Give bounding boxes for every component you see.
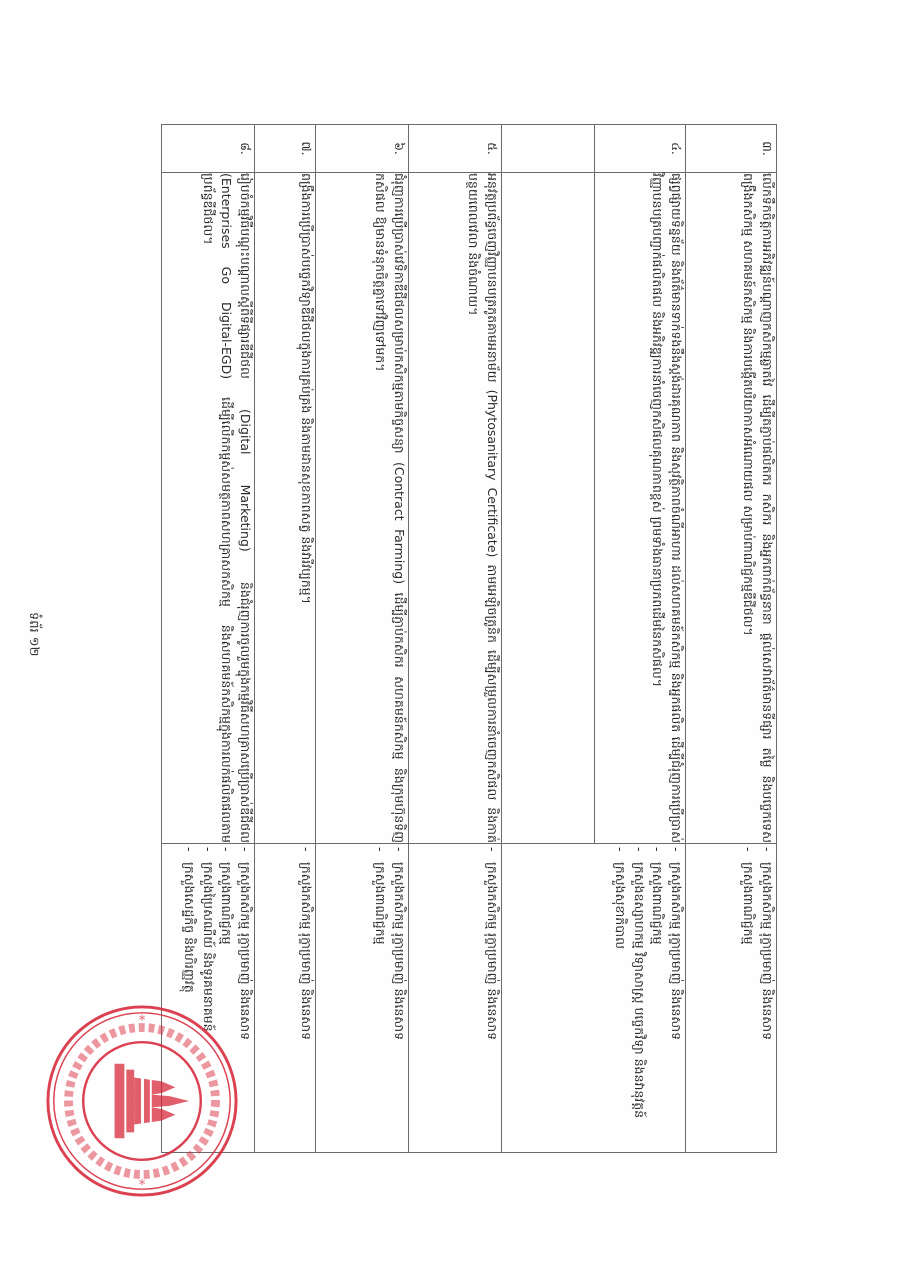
- responsible-ministry: ក្រសួងសេដ្ឋកិច្ច និងហិរញ្ញវត្ថុ: [180, 844, 199, 1152]
- row-number: ៥.: [409, 125, 502, 173]
- table-row: ៤. ផ្សព្វផ្សាយទិន្នន័យ និងព័ត៌មានទាក់ទងន…: [595, 125, 686, 1153]
- row-responsible: ក្រសួងកសិកម្ម រុក្ខាប្រមាញ់ និងនេសាទក្រស…: [502, 844, 686, 1153]
- responsible-ministry: ក្រសួងកសិកម្ម រុក្ខាប្រមាញ់ និងនេសាទ: [758, 844, 777, 1152]
- responsible-ministry: ក្រសួងពាណិជ្ជកម្ម: [371, 844, 390, 1152]
- document-page: ៣. លើកទឹកចិត្តការអភិវឌ្ឍន៍បណ្តាញកសិកម្មឆ…: [0, 0, 904, 1280]
- responsible-ministry: ក្រសួងពាណិជ្ជកម្ម: [648, 844, 667, 1152]
- row-description: អនុវត្តប្រព័ន្ធចេញវិញ្ញាបនបត្រភូតគាមអនាម…: [409, 173, 502, 844]
- responsible-ministry: ក្រសួងប្រៃសណីយ៍ និងទូរគមនាគមន៍: [199, 844, 218, 1152]
- responsible-ministry: ក្រសួងសុខាភិបាល: [611, 844, 630, 1152]
- responsible-list: ក្រសួងកសិកម្ម រុក្ខាប្រមាញ់ និងនេសាទ: [483, 844, 502, 1152]
- svg-text:*: *: [139, 1013, 146, 1029]
- row-number: ៤.: [595, 125, 686, 173]
- row-description: លើកទឹកចិត្តការអភិវឌ្ឍន៍បណ្តាញកសិកម្មឆ្លា…: [686, 173, 777, 844]
- responsible-list: ក្រសួងកសិកម្ម រុក្ខាប្រមាញ់ និងនេសាទក្រស…: [180, 844, 254, 1152]
- responsible-ministry: ក្រសួងពាណិជ្ជកម្ម: [739, 844, 758, 1152]
- table-row: ៣. លើកទឹកចិត្តការអភិវឌ្ឍន៍បណ្តាញកសិកម្មឆ…: [686, 125, 777, 1153]
- table-row: ៦. ជំរុញការប្រើប្រាស់វេទិកាឌីជីថលសម្រាប់…: [316, 125, 409, 1153]
- row-description: [502, 173, 595, 844]
- action-plan-table: ៣. លើកទឹកចិត្តការអភិវឌ្ឍន៍បណ្តាញកសិកម្មឆ…: [161, 124, 777, 1153]
- responsible-list: ក្រសួងកសិកម្ម រុក្ខាប្រមាញ់ និងនេសាទក្រស…: [739, 844, 776, 1152]
- row-description: រៀបចំកម្មវិធីបណ្តុះបណ្តាលស្តីពីទីផ្សារឌី…: [162, 173, 255, 844]
- page-number: ទំព័រ ១២: [22, 612, 42, 682]
- row-number: ៧.: [255, 125, 316, 173]
- row-description: ផ្សព្វផ្សាយទិន្នន័យ និងព័ត៌មានទាក់ទងនឹងស…: [595, 173, 686, 844]
- responsible-ministry: ក្រសួងកសិកម្ម រុក្ខាប្រមាញ់ និងនេសាទ: [667, 844, 686, 1152]
- responsible-ministry: ក្រសួងកសិកម្ម រុក្ខាប្រមាញ់ និងនេសាទ: [236, 844, 255, 1152]
- responsible-list: ក្រសួងកសិកម្ម រុក្ខាប្រមាញ់ និងនេសាទ: [297, 844, 316, 1152]
- responsible-ministry: ក្រសួងកសិកម្ម រុក្ខាប្រមាញ់ និងនេសាទ: [390, 844, 409, 1152]
- responsible-ministry: ក្រសួងឧស្សាហកម្ម វិទ្យាសាស្ត្រ បច្ចេកវិទ…: [630, 844, 649, 1152]
- responsible-list: ក្រសួងកសិកម្ម រុក្ខាប្រមាញ់ និងនេសាទក្រស…: [371, 844, 408, 1152]
- svg-text:*: *: [139, 1177, 146, 1193]
- responsible-ministry: ក្រសួងកសិកម្ម រុក្ខាប្រមាញ់ និងនេសាទ: [483, 844, 502, 1152]
- row-responsible: ក្រសួងកសិកម្ម រុក្ខាប្រមាញ់ និងនេសាទក្រស…: [686, 844, 777, 1153]
- row-responsible: ក្រសួងកសិកម្ម រុក្ខាប្រមាញ់ និងនេសាទ: [409, 844, 502, 1153]
- row-responsible: ក្រសួងកសិកម្ម រុក្ខាប្រមាញ់ និងនេសាទក្រស…: [316, 844, 409, 1153]
- row-number: ៦.: [316, 125, 409, 173]
- table-row: ៧. ពង្រឹងការប្រើប្រាស់បច្ចេកវិទ្យាឌីជីថល…: [255, 125, 316, 1153]
- row-number: ៣.: [686, 125, 777, 173]
- table-row: ៥. អនុវត្តប្រព័ន្ធចេញវិញ្ញាបនបត្រភូតគាមអ…: [409, 125, 502, 1153]
- action-plan-table-rotated: ៣. លើកទឹកចិត្តការអភិវឌ្ឍន៍បណ្តាញកសិកម្មឆ…: [162, 124, 777, 1152]
- row-responsible: ក្រសួងកសិកម្ម រុក្ខាប្រមាញ់ និងនេសាទ: [255, 844, 316, 1153]
- row-description: ជំរុញការប្រើប្រាស់វេទិកាឌីជីថលសម្រាប់កសិ…: [316, 173, 409, 844]
- responsible-list: ក្រសួងកសិកម្ម រុក្ខាប្រមាញ់ និងនេសាទក្រស…: [611, 844, 685, 1152]
- row-responsible: ក្រសួងកសិកម្ម រុក្ខាប្រមាញ់ និងនេសាទក្រស…: [162, 844, 255, 1153]
- responsible-ministry: ក្រសួងកសិកម្ម រុក្ខាប្រមាញ់ និងនេសាទ: [297, 844, 316, 1152]
- table-row: ៨. រៀបចំកម្មវិធីបណ្តុះបណ្តាលស្តីពីទីផ្សា…: [162, 125, 255, 1153]
- responsible-ministry: ក្រសួងពាណិជ្ជកម្ម: [217, 844, 236, 1152]
- row-number: ៨.: [162, 125, 255, 173]
- row-description: ពង្រឹងការប្រើប្រាស់បច្ចេកវិទ្យាឌីជីថលក្ន…: [255, 173, 316, 844]
- row-number: [502, 125, 595, 173]
